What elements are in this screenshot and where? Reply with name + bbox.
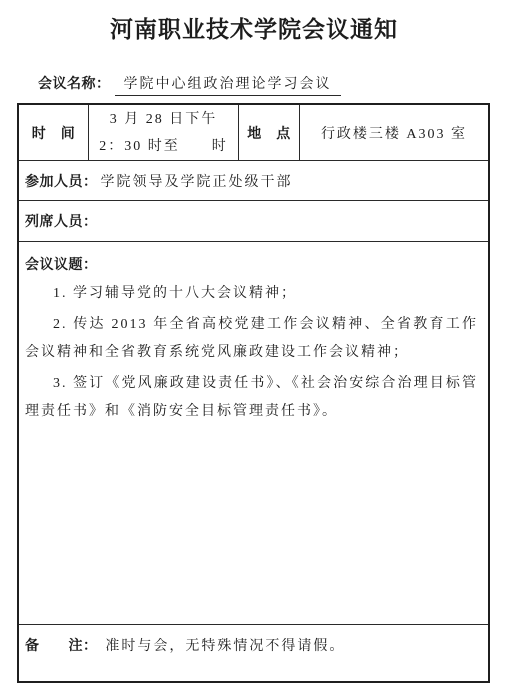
table-row-observers: 列席人员： bbox=[19, 201, 488, 242]
remark-label: 备 注： bbox=[25, 637, 98, 653]
remark-value: 准时与会，无特殊情况不得请假。 bbox=[105, 639, 345, 654]
time-value: 3 月 28 日下午 2：30 时至 时 bbox=[89, 105, 239, 160]
table-row-participants: 参加人员： 学院领导及学院正处级干部 bbox=[19, 161, 488, 201]
table-row-time-place: 时 间 3 月 28 日下午 2：30 时至 时 地 点 行政楼三楼 A303 … bbox=[19, 105, 488, 161]
topic-item-1: 1. 学习辅导党的十八大会议精神； bbox=[25, 280, 478, 308]
meeting-name-value: 学院中心组政治理论学习会议 bbox=[115, 73, 341, 96]
meeting-name-label: 会议名称： bbox=[38, 75, 111, 91]
time-value-line2: 2：30 时至 时 bbox=[99, 133, 228, 160]
topic-item-2: 2. 传达 2013 年全省高校党建工作会议精神、全省教育工作会议精神和全省教育… bbox=[25, 311, 478, 367]
meeting-notice-document: 河南职业技术学院会议通知 会议名称：学院中心组政治理论学习会议 时 间 3 月 … bbox=[0, 0, 508, 700]
observers-label: 列席人员： bbox=[25, 211, 98, 231]
page-title: 河南职业技术学院会议通知 bbox=[0, 11, 508, 44]
meeting-name-line: 会议名称：学院中心组政治理论学习会议 bbox=[38, 73, 341, 96]
table-row-remark: 备 注： 准时与会，无特殊情况不得请假。 bbox=[19, 625, 488, 681]
place-value: 行政楼三楼 A303 室 bbox=[300, 105, 488, 160]
table-row-topics: 会议议题： 1. 学习辅导党的十八大会议精神； 2. 传达 2013 年全省高校… bbox=[19, 242, 488, 625]
meeting-info-table: 时 间 3 月 28 日下午 2：30 时至 时 地 点 行政楼三楼 A303 … bbox=[17, 103, 490, 683]
topics-label: 会议议题： bbox=[25, 254, 478, 274]
topic-item-3: 3. 签订《党风廉政建设责任书》、《社会治安综合治理目标管理责任书》和《消防安全… bbox=[25, 370, 478, 426]
place-label: 地 点 bbox=[239, 105, 300, 160]
participants-label: 参加人员： bbox=[25, 171, 98, 191]
time-value-line1: 3 月 28 日下午 bbox=[110, 106, 218, 133]
time-label: 时 间 bbox=[19, 105, 89, 160]
participants-value: 学院领导及学院正处级干部 bbox=[101, 171, 293, 191]
